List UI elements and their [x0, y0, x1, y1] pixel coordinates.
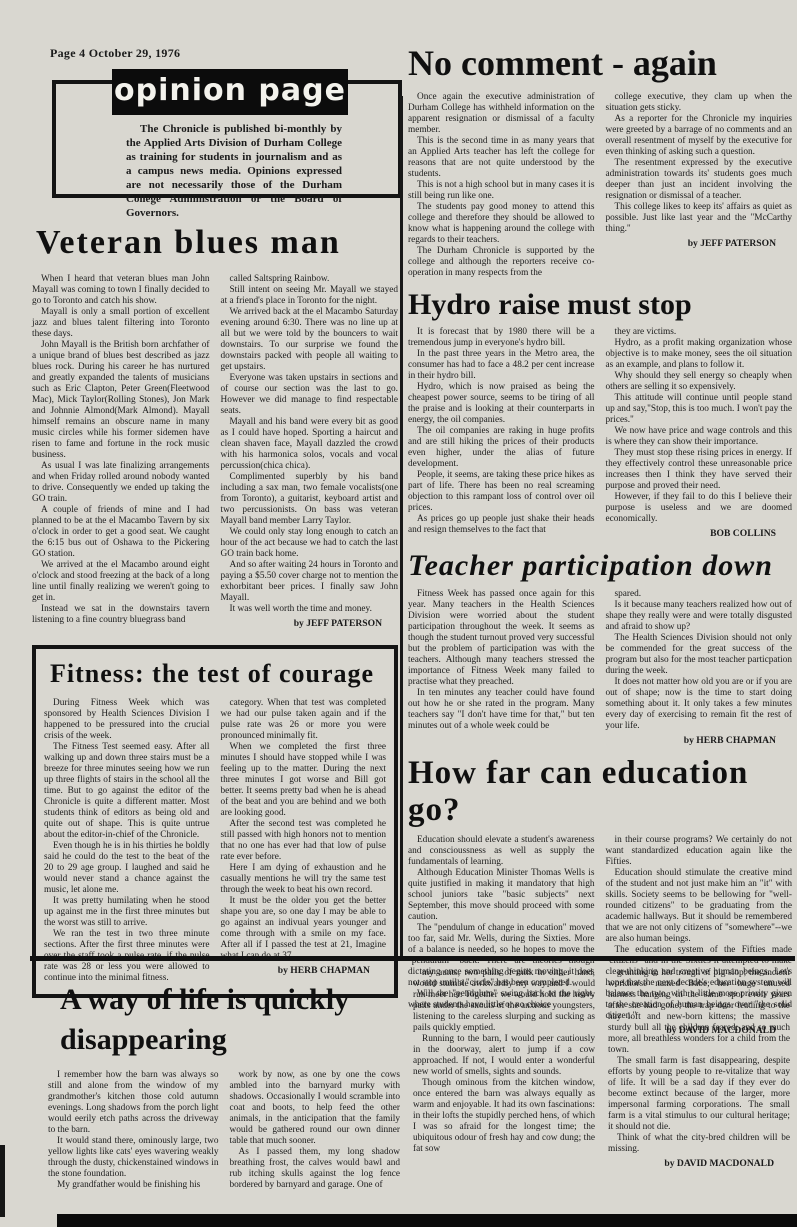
paragraph: Even though he is in his thirties he bol… [44, 841, 210, 896]
column-paragraphs: college executive, they clam up when the… [606, 92, 793, 235]
paragraph: It does not matter how old you are or if… [606, 677, 793, 732]
left-column-region: Veteran blues man When I heard that vete… [32, 224, 398, 998]
paragraph: We now have price and wage controls and … [606, 426, 793, 448]
article-way-of-life: A way of life is quickly disappearing I … [48, 968, 790, 1191]
paragraph: It would stand there, ominously large, t… [48, 1136, 219, 1180]
article-title: Teacher participation down [408, 549, 792, 583]
paragraph: The Health Sciences Division should not … [606, 633, 793, 677]
horizontal-rule [30, 956, 795, 961]
paragraph: The oil companies are raking in huge pro… [408, 426, 595, 470]
paragraph: spared. [606, 589, 793, 600]
article-title: Veteran blues man [36, 224, 398, 262]
paragraph: John Mayall is the British born archfath… [32, 340, 210, 461]
article-body-column: When I heard that veteran blues man John… [32, 274, 210, 629]
article-hydro-raise: Hydro raise must stop It is forecast tha… [408, 288, 792, 539]
paragraph: Education should stimulate the creative … [606, 868, 793, 945]
paragraph: Running to the barn, I would peer cautio… [413, 1034, 595, 1078]
article-title: A way of life is quickly disappearing [60, 980, 400, 1060]
byline: by JEFF PATERSON [606, 238, 793, 249]
scan-edge-mark [0, 1145, 5, 1217]
paragraph: This attitude will continue until people… [606, 393, 793, 426]
paragraph: It was pretty humilating when he stood u… [44, 896, 210, 929]
article-no-comment: No comment - again Once again the execut… [408, 42, 792, 279]
paragraph: I remember how the barn was always so st… [48, 1070, 219, 1136]
paragraph: We arrived at the el Macambo around eigh… [32, 560, 210, 604]
paragraph: People, it seems, are taking these price… [408, 470, 595, 514]
paragraph: Education should elevate a student's awa… [408, 835, 595, 868]
paragraph: Mayall is only a small portion of excell… [32, 307, 210, 340]
article-body-column: Once again the executive administration … [408, 92, 595, 279]
article-body-column: work by now, as one by one the cows ambl… [230, 1070, 401, 1191]
paragraph: We arrived back at the el Macambo Saturd… [221, 307, 399, 373]
scan-bottom-bar [57, 1214, 797, 1227]
masthead-text: The Chronicle is published bi-monthly by… [126, 122, 342, 220]
paragraph: The students pay good money to attend th… [408, 202, 595, 246]
paragraph: Still intent on seeing Mr. Mayall we sta… [221, 285, 399, 307]
article-body-column: spared.Is it because many teachers reali… [606, 589, 793, 746]
article-title: No comment - again [408, 42, 792, 84]
paragraph: A couple of friends of mine and I had pl… [32, 505, 210, 560]
article-body-column: college executive, they clam up when the… [606, 92, 793, 279]
column-paragraphs: spared.Is it because many teachers reali… [606, 589, 793, 732]
paragraph: After the second test was completed he s… [221, 819, 387, 863]
article-body-column: I remember how the barn was always so st… [48, 1070, 219, 1191]
paragraph: However, if they fail to do this I belie… [606, 492, 793, 525]
paragraph: The small farm is fast disappearing, des… [608, 1056, 790, 1133]
title-line-1: A way of life is quickly [60, 983, 349, 1016]
paragraph: category. When that test was completed w… [221, 698, 387, 742]
paragraph: my aunts, two pails of milk in either ha… [413, 968, 595, 1034]
page-date: Page 4 October 29, 1976 [50, 46, 180, 61]
article-veteran-blues-man: Veteran blues man When I heard that vete… [32, 224, 398, 629]
article-body-column: called Saltspring Rainbow.Still intent o… [221, 274, 399, 629]
vertical-divider [400, 96, 403, 956]
paragraph: Everyone was taken upstairs in sections … [221, 373, 399, 417]
paragraph: Complimented superbly by his band includ… [221, 472, 399, 527]
paragraph: Fitness Week has passed once again for t… [408, 589, 595, 688]
paragraph: As usual I was late finalizing arrangeme… [32, 461, 210, 505]
paragraph: Once again the executive administration … [408, 92, 595, 136]
paragraph: It was well worth the time and money. [221, 604, 399, 615]
byline: by HERB CHAPMAN [606, 735, 793, 746]
paragraph: And so after waiting 24 hours in Toronto… [221, 560, 399, 604]
newspaper-page: Page 4 October 29, 1976 The Chronicle is… [0, 0, 797, 1227]
article-body-column: It is forecast that by 1980 there will b… [408, 327, 595, 539]
paragraph: they are victims. [606, 327, 793, 338]
paragraph: In ten minutes any teacher could have fo… [408, 688, 595, 732]
paragraph: My grandfather would be finishing his [48, 1180, 219, 1191]
article-body: Fitness Week has passed once again for t… [408, 589, 792, 746]
byline: by JEFF PATERSON [221, 618, 399, 629]
paragraph: During Fitness Week which was sponsored … [44, 698, 210, 742]
paragraph: Though ominous from the kitchen window, … [413, 1078, 595, 1155]
article-body: Once again the executive administration … [408, 92, 792, 279]
article-title: Hydro raise must stop [408, 288, 792, 322]
paragraph: When we completed the first three minute… [221, 742, 387, 819]
paragraph: This is not a high school but in many ca… [408, 180, 595, 202]
article-title: How far can education go? [408, 755, 792, 829]
paragraph: As I passed them, my long shadow breathi… [230, 1147, 401, 1191]
title-line-2: disappearing [60, 1023, 227, 1056]
article-body: During Fitness Week which was sponsored … [44, 698, 386, 984]
paragraph: Why should they sell energy so cheaply w… [606, 371, 793, 393]
right-column-region: No comment - again Once again the execut… [408, 42, 792, 1036]
paragraph: It must be the older you get the better … [221, 896, 387, 962]
paragraph: We could only stay long enough to catch … [221, 527, 399, 560]
column-paragraphs: they are victims.Hydro, as a profit maki… [606, 327, 793, 525]
article-body: I remember how the barn was always so st… [48, 1070, 400, 1191]
paragraph: Mayall and his band were every bit as go… [221, 417, 399, 472]
column-paragraphs: category. When that test was completed w… [221, 698, 387, 962]
paragraph: It is forecast that by 1980 there will b… [408, 327, 595, 349]
article-headline-and-first-columns: A way of life is quickly disappearing I … [48, 968, 400, 1191]
article-fitness-test: Fitness: the test of courage During Fitn… [32, 645, 398, 998]
paragraph: They must stop these rising prices in en… [606, 448, 793, 492]
paragraph: The resentment expressed by the executiv… [606, 158, 793, 202]
paragraph: grunting in her trough of pig slop; the … [608, 968, 790, 1056]
article-body: It is forecast that by 1980 there will b… [408, 327, 792, 539]
article-body-column: grunting in her trough of pig slop; the … [608, 968, 790, 1191]
paragraph: Here I am dying of exhaustion and he cas… [221, 863, 387, 896]
paragraph: Although Education Minister Thomas Wells… [408, 868, 595, 923]
paragraph: As a reporter for the Chronicle my inqui… [606, 114, 793, 158]
article-body-column: Fitness Week has passed once again for t… [408, 589, 595, 746]
paragraph: Hydro, as a profit making organization w… [606, 338, 793, 371]
article-body-column: During Fitness Week which was sponsored … [44, 698, 210, 984]
article-teacher-participation: Teacher participation down Fitness Week … [408, 549, 792, 746]
article-body-column: they are victims.Hydro, as a profit maki… [606, 327, 793, 539]
article-title: Fitness: the test of courage [50, 659, 386, 689]
paragraph: The Durham Chronicle is supported by the… [408, 246, 595, 279]
paragraph: Hydro, which is now praised as being the… [408, 382, 595, 426]
paragraph: in their course programs? We certainly d… [606, 835, 793, 868]
opinion-page-banner: opinion page [112, 69, 348, 115]
article-body: When I heard that veteran blues man John… [32, 274, 398, 629]
paragraph: Is it because many teachers realized how… [606, 600, 793, 633]
paragraph: Think of what the city-bred children wil… [608, 1133, 790, 1155]
paragraph: In the past three years in the Metro are… [408, 349, 595, 382]
paragraph: college executive, they clam up when the… [606, 92, 793, 114]
column-paragraphs: called Saltspring Rainbow.Still intent o… [221, 274, 399, 615]
paragraph: called Saltspring Rainbow. [221, 274, 399, 285]
article-body-column: my aunts, two pails of milk in either ha… [413, 968, 595, 1191]
article-body-column: category. When that test was completed w… [221, 698, 387, 984]
paragraph: The Fitness Test seemed easy. After all … [44, 742, 210, 841]
paragraph: When I heard that veteran blues man John… [32, 274, 210, 307]
paragraph: This is the second time in as many years… [408, 136, 595, 180]
byline: BOB COLLINS [606, 528, 793, 539]
paragraph: This college likes to keep its' affairs … [606, 202, 793, 235]
paragraph: As prices go up people just shake their … [408, 514, 595, 536]
paragraph: work by now, as one by one the cows ambl… [230, 1070, 401, 1147]
paragraph: Instead we sat in the downstairs tavern … [32, 604, 210, 626]
column-paragraphs: grunting in her trough of pig slop; the … [608, 968, 790, 1155]
byline: by DAVID MACDONALD [608, 1158, 790, 1169]
